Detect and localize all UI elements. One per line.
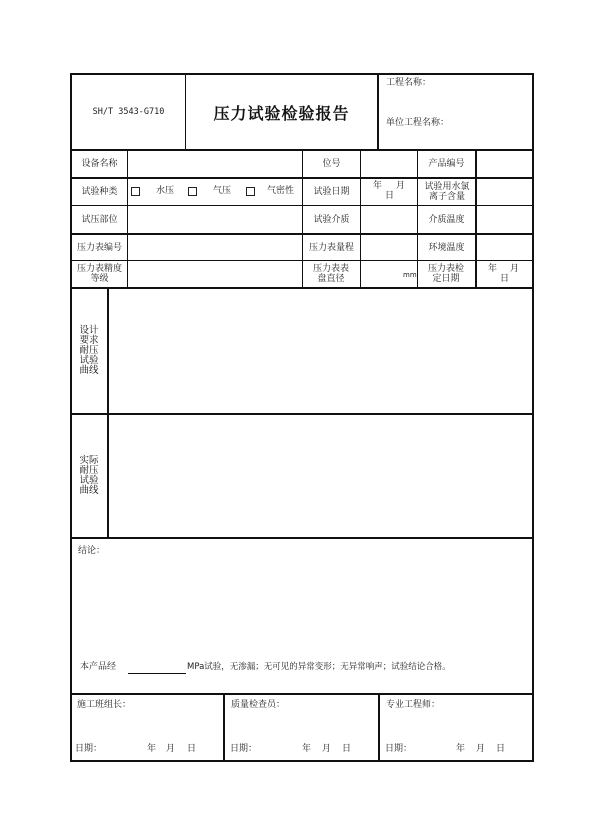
design-curve-label: 设计要求耐压试验曲线 <box>80 326 100 376</box>
gauge-dial-diameter-field[interactable]: mm <box>361 261 417 287</box>
standard-code: SH/T 3543-G710 <box>93 107 165 117</box>
pneumatic-checkbox[interactable] <box>188 187 197 196</box>
test-date-field[interactable]: 年 月 日 <box>361 179 417 205</box>
gauge-dial-diameter-label: 压力表表盘直径 <box>312 261 350 287</box>
date-year: 年 <box>147 744 156 755</box>
medium-temp-field[interactable] <box>477 206 532 233</box>
quality-inspector-date-label: 日期： <box>230 744 257 755</box>
date-month: 月 <box>510 264 519 275</box>
date-year: 年 <box>488 264 497 275</box>
design-curve-label-cell: 设计要求耐压试验曲线 <box>72 289 107 413</box>
date-month: 月 <box>476 744 485 755</box>
engineer-label: 专业工程师： <box>386 700 440 711</box>
date-month: 月 <box>396 181 405 192</box>
product-no-field[interactable] <box>477 151 532 177</box>
test-date-label: 试验日期 <box>303 179 360 205</box>
unit-project-name-field[interactable] <box>452 118 527 129</box>
gauge-range-field[interactable] <box>361 235 417 260</box>
gauge-calibration-date-label: 压力表检定日期 <box>427 261 465 287</box>
leak-tightness-checkbox[interactable] <box>246 187 255 196</box>
date-month: 月 <box>166 744 175 755</box>
test-pressure-field[interactable] <box>128 673 186 674</box>
date-day: 日 <box>385 191 394 202</box>
actual-curve-label-cell: 实际耐压试验曲线 <box>72 415 107 537</box>
date-month: 月 <box>322 744 331 755</box>
quality-inspector-label: 质量检查员： <box>231 700 285 711</box>
leak-tightness-label: 气密性 <box>267 186 294 197</box>
date-day: 日 <box>342 744 351 755</box>
gauge-range-label: 压力表量程 <box>303 235 360 260</box>
actual-curve-label: 实际耐压试验曲线 <box>80 456 100 496</box>
engineer-date-label: 日期： <box>385 744 412 755</box>
standard-code-cell: SH/T 3543-G710 <box>72 75 185 149</box>
dial-unit: mm <box>403 270 417 281</box>
date-day: 日 <box>187 744 196 755</box>
unit-project-name-label: 单位工程名称： <box>386 118 449 129</box>
project-name-label: 工程名称： <box>386 78 431 89</box>
conclusion-suffix: MPa试验，无渗漏；无可见的异常变形；无异常响声；试验结论合格。 <box>187 662 451 673</box>
date-day: 日 <box>500 274 509 285</box>
position-no-label: 位号 <box>303 151 360 177</box>
gauge-calibration-date-field[interactable]: 年 月 日 <box>477 261 532 287</box>
test-medium-label: 试验介质 <box>303 206 360 233</box>
water-chloride-label: 试验用水氯离子含量 <box>422 179 472 205</box>
design-curve-area[interactable] <box>109 289 532 413</box>
date-day: 日 <box>496 744 505 755</box>
date-year: 年 <box>373 181 382 192</box>
report-title: 压力试验检验报告 <box>213 101 349 124</box>
product-no-label: 产品编号 <box>418 151 475 177</box>
test-part-label: 试压部位 <box>72 206 127 233</box>
hydrostatic-checkbox[interactable] <box>131 187 140 196</box>
test-medium-field[interactable] <box>361 206 417 233</box>
ambient-temp-label: 环境温度 <box>418 235 475 260</box>
water-chloride-field[interactable] <box>477 179 532 205</box>
pneumatic-label: 气压 <box>213 186 231 197</box>
equipment-name-field[interactable] <box>128 151 302 177</box>
medium-temp-label: 介质温度 <box>418 206 475 233</box>
equipment-name-label: 设备名称 <box>72 151 127 177</box>
gauge-no-field[interactable] <box>128 235 302 260</box>
gauge-accuracy-label: 压力表精度等级 <box>73 261 126 287</box>
team-leader-date-label: 日期： <box>75 744 102 755</box>
hydrostatic-label: 水压 <box>156 186 174 197</box>
conclusion-label: 结论： <box>78 546 105 557</box>
position-no-field[interactable] <box>361 151 417 177</box>
project-name-field[interactable] <box>432 78 527 89</box>
gauge-no-label: 压力表编号 <box>72 235 127 260</box>
date-year: 年 <box>302 744 311 755</box>
team-leader-label: 施工班组长： <box>77 700 131 711</box>
test-part-field[interactable] <box>128 206 302 233</box>
conclusion-prefix: 本产品经 <box>80 662 116 673</box>
test-type-label: 试验种类 <box>72 179 127 205</box>
date-year: 年 <box>456 744 465 755</box>
report-title-cell: 压力试验检验报告 <box>186 75 377 149</box>
gauge-accuracy-field[interactable] <box>128 261 302 287</box>
ambient-temp-field[interactable] <box>477 235 532 260</box>
actual-curve-area[interactable] <box>109 415 532 537</box>
